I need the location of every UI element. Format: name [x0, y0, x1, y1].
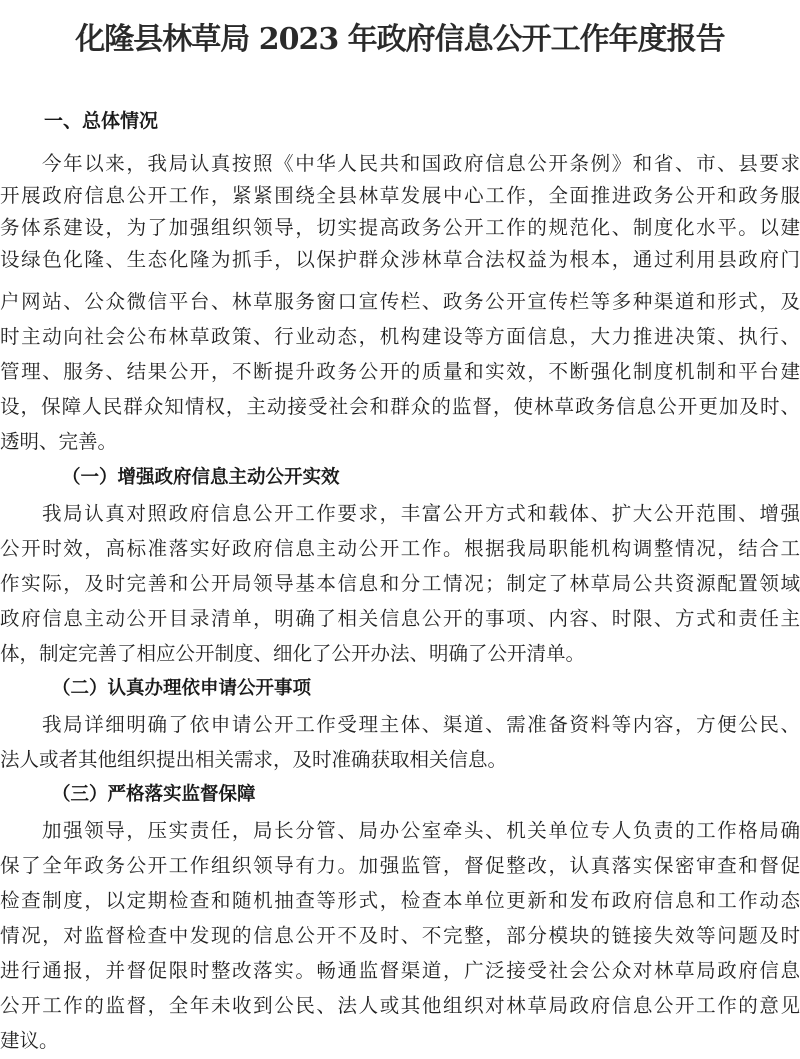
paragraph-line: 透明、完善。	[0, 426, 800, 454]
paragraph-line: 时主动向社会公布林草政策、行业动态，机构建设等方面信息，大力推进决策、执行、	[0, 321, 800, 349]
paragraph-line: 法人或者其他组织提出相关需求，及时准确获取相关信息。	[0, 744, 800, 772]
paragraph-line: 进行通报，并督促限时整改落实。畅通监督渠道，广泛接受社会公众对林草局政府信息	[0, 955, 800, 983]
subsection-heading-supervision: （三）严格落实监督保障	[52, 780, 256, 806]
paragraph-line: 加强领导，压实责任，局长分管、局办公室牵头、机关单位专人负责的工作格局确	[42, 815, 800, 843]
paragraph-line: 我局详细明确了依申请公开工作受理主体、渠道、需准备资料等内容，方便公民、	[42, 709, 800, 737]
document-title: 化隆县林草局 2023 年政府信息公开工作年度报告	[0, 14, 800, 58]
paragraph-line: 设，保障人民群众知情权，主动接受社会和群众的监督，使林草政务信息公开更加及时、	[0, 391, 800, 419]
paragraph-line: 公开工作的监督，全年未收到公民、法人或其他组织对林草局政府信息公开工作的意见	[0, 990, 800, 1018]
paragraph-line: 务体系建设，为了加强组织领导，切实提高政务公开工作的规范化、制度化水平。以建	[0, 212, 800, 240]
paragraph-line: 今年以来，我局认真按照《中华人民共和国政府信息公开条例》和省、市、县要求	[42, 148, 800, 176]
paragraph-line: 我局认真对照政府信息公开工作要求，丰富公开方式和载体、扩大公开范围、增强	[42, 498, 800, 526]
paragraph-line: 作实际，及时完善和公开局领导基本信息和分工情况；制定了林草局公共资源配置领域	[0, 568, 800, 596]
section-heading-overview: 一、总体情况	[44, 106, 158, 133]
paragraph-line: 公开时效，高标准落实好政府信息主动公开工作。根据我局职能机构调整情况，结合工	[0, 533, 800, 561]
document-page: 化隆县林草局 2023 年政府信息公开工作年度报告 一、总体情况 今年以来，我局…	[0, 0, 800, 1059]
paragraph-line: 开展政府信息公开工作，紧紧围绕全县林草发展中心工作，全面推进政务公开和政务服	[0, 180, 800, 208]
paragraph-line: 体，制定完善了相应公开制度、细化了公开办法、明确了公开清单。	[0, 638, 800, 666]
paragraph-line: 管理、服务、结果公开，不断提升政务公开的质量和实效，不断强化制度机制和平台建	[0, 356, 800, 384]
paragraph-line: 情况，对监督检查中发现的信息公开不及时、不完整，部分模块的链接失效等问题及时	[0, 920, 800, 948]
paragraph-line: 政府信息主动公开目录清单，明确了相关信息公开的事项、内容、时限、方式和责任主	[0, 603, 800, 631]
paragraph-line: 设绿色化隆、生态化隆为抓手，以保护群众涉林草合法权益为根本，通过利用县政府门	[0, 244, 800, 272]
subsection-heading-application-disclosure: （二）认真办理依申请公开事项	[52, 674, 311, 700]
paragraph-line: 保了全年政务公开工作组织领导有力。加强监管，督促整改，认真落实保密审查和督促	[0, 850, 800, 878]
paragraph-line: 户网站、公众微信平台、林草服务窗口宣传栏、政务公开宣传栏等多种渠道和形式，及	[0, 286, 800, 314]
subsection-heading-proactive-disclosure: （一）增强政府信息主动公开实效	[62, 463, 340, 489]
paragraph-line: 建议。	[0, 1025, 800, 1053]
paragraph-line: 检查制度，以定期检查和随机抽查等形式，检查本单位更新和发布政府信息和工作动态	[0, 885, 800, 913]
